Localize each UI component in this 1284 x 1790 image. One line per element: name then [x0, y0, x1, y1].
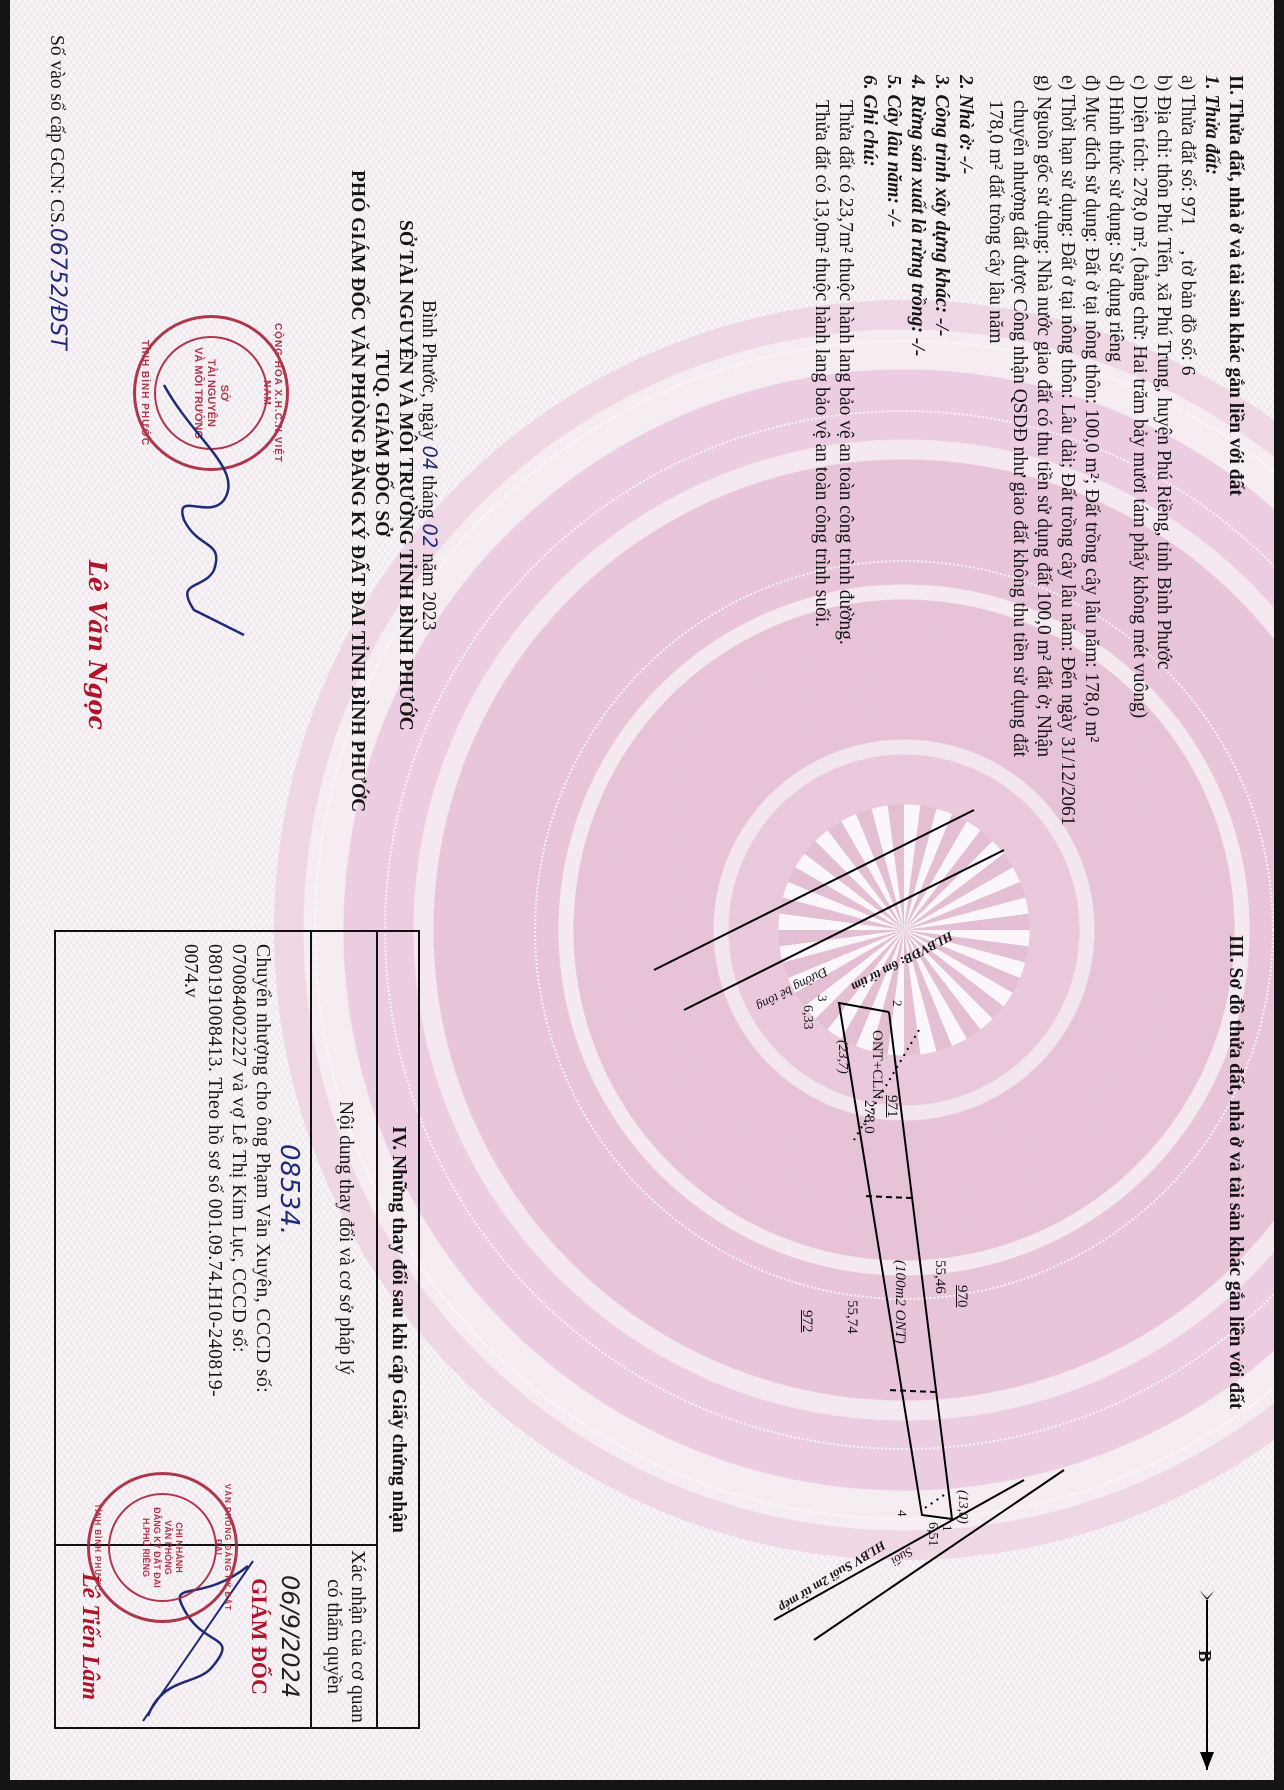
section-ii-title: II. Thửa đất, nhà ở và tài sản khác gắn … — [1223, 75, 1247, 496]
vertex-3: 3 — [810, 995, 834, 1002]
map-sheet-number: , tờ bản đồ số: 6 — [1177, 250, 1198, 375]
house-line: 2. Nhà ở: -/- — [953, 75, 977, 174]
col2-header-line: Xác nhận của cơ quan — [345, 1550, 369, 1723]
registry-number: Số vào sổ cấp GCN: CS.06752/ĐST — [44, 35, 69, 350]
parcel-number-line: a) Thửa đất số: 971 , tờ bản đồ số: 6 — [1175, 75, 1199, 376]
registry-value: 06752/ĐST — [45, 228, 70, 350]
entry-line: Chuyển nhượng cho ông Phạm Văn Xuyên, CC… — [250, 944, 274, 1532]
certificate-page: II. Thửa đất, nhà ở và tài sản khác gắn … — [0, 0, 1284, 1790]
section-iii-title: III. Sơ đồ thửa đất, nhà ở và tài sản kh… — [1223, 935, 1247, 1409]
notes-title: 6. Ghi chú: — [857, 75, 881, 167]
forest-line: 4. Rừng sản xuất là rừng trồng: -/- — [905, 75, 929, 356]
origin-line-3: 178,0 m² đất trồng cây lâu năm — [983, 100, 1007, 344]
entry-line: 080191008413. Theo hồ sơ số 001.09.74.H1… — [202, 944, 226, 1532]
certificate-sheet: II. Thửa đất, nhà ở và tài sản khác gắn … — [10, 0, 1274, 1780]
stamp-text: VĂN PHÒNG — [163, 1520, 174, 1575]
note-road: Thửa đất có 23,7m² thuộc hành lang bảo v… — [833, 100, 857, 645]
stamp-text: CHI NHÁNH — [174, 1522, 185, 1573]
document-frame: II. Thửa đất, nhà ở và tài sản khác gắn … — [0, 0, 1284, 1790]
issue-day: 04 — [418, 445, 441, 470]
issuing-org: SỞ TÀI NGUYÊN VÀ MÔI TRƯỜNG TỈNH BÌNH PH… — [393, 220, 417, 731]
origin-line-2: chuyển nhượng đất được Công nhận QSDĐ nh… — [1007, 100, 1031, 757]
note-stream: Thửa đất có 13,0m² thuộc hành lang bảo v… — [809, 100, 833, 627]
col1-header: Nội dung thay đổi và cơ sở pháp lý — [310, 932, 378, 1544]
corridor-road: (23,7) — [830, 1040, 854, 1074]
parcel-number: a) Thửa đất số: 971 — [1177, 75, 1198, 226]
edge-bottom: 55,74 — [840, 1300, 864, 1334]
place-date-label: Bình Phước, ngày — [418, 300, 439, 441]
perennial-line: 5. Cây lâu năm: -/- — [881, 75, 905, 227]
neighbor-972: 972 — [795, 1310, 819, 1333]
vertex-4: 4 — [890, 1510, 914, 1517]
usage-form-line: d) Hình thức sử dụng: Sử dụng riêng — [1103, 75, 1127, 362]
branch-office-stamp: VĂN PHÒNG ĐĂNG KÝ ĐẤT ĐAI CHI NHÁNH VĂN … — [87, 1472, 238, 1623]
col2-header: Xác nhận của cơ quan có thẩm quyền — [310, 1546, 378, 1727]
change-entry: 08534. Chuyển nhượng cho ông Phạm Văn Xu… — [172, 932, 310, 1544]
stamp-text: H.PHÚ RIỀNG — [141, 1518, 152, 1577]
confirm-date: 06/9/2024 — [276, 1546, 304, 1727]
tuq-label: TUQ. GIÁM ĐỐC SỞ — [369, 350, 393, 536]
vertex-2: 2 — [885, 1000, 909, 1007]
entry-line: 070084002227 và vợ Lê Thị Kim Lục, CCCD … — [226, 944, 250, 1532]
usage-purpose-line: đ) Mục đích sử dụng: Đất ở tại nông thôn… — [1079, 75, 1103, 742]
address-line: b) Địa chỉ: thôn Phú Tiến, xã Phú Trung,… — [1151, 75, 1175, 670]
place-date: Bình Phước, ngày 04 tháng 02 năm 2023 — [416, 300, 441, 631]
stamp-text: ĐĂNG KÝ ĐẤT ĐAI — [152, 1507, 163, 1588]
usage-term-line: e) Thời hạn sử dụng: Đất ở tại nông thôn… — [1055, 75, 1079, 826]
changes-table: IV. Những thay đổi sau khi cấp Giấy chứn… — [54, 930, 420, 1729]
issue-year: năm 2023 — [418, 553, 439, 630]
other-construction-line: 3. Công trình xây dựng khác: -/- — [929, 75, 953, 336]
entry-number: 08534. — [274, 1144, 304, 1532]
corridor-stream: (13,0) — [950, 1490, 974, 1524]
edge-road-side: 6,33 — [795, 1005, 819, 1030]
month-label: tháng — [418, 475, 439, 518]
land-use-label: ONT+CLN — [865, 1030, 889, 1099]
issue-month: 02 — [418, 523, 441, 548]
neighbor-970: 970 — [950, 1285, 974, 1308]
north-label: B — [1193, 1650, 1217, 1662]
registry-label: Số vào sổ cấp GCN: CS. — [46, 35, 67, 228]
signature-ngoc — [134, 380, 284, 640]
section-ii-subtitle: 1. Thửa đất: — [1199, 75, 1223, 175]
origin-line: g) Nguồn gốc sử dụng: Nhà nước giao đất … — [1031, 75, 1055, 757]
signer-position: PHÓ GIÁM ĐỐC VĂN PHÒNG ĐĂNG KÝ ĐẤT ĐAI T… — [345, 170, 369, 812]
vertex-1: 1 — [935, 1525, 959, 1532]
area-line: c) Diện tích: 278,0 m², (bằng chữ: Hai t… — [1127, 75, 1151, 718]
signer-name: Lê Văn Ngọc — [85, 560, 109, 730]
section-iv-title: IV. Những thay đổi sau khi cấp Giấy chứn… — [376, 932, 418, 1727]
ont-note: (100m2 ONT) — [888, 1260, 912, 1344]
col1-header-text: Nội dung thay đổi và cơ sở pháp lý — [333, 1101, 357, 1375]
stamp-ring-text: TỈNH BÌNH PHƯỚC — [93, 1475, 102, 1620]
changes-content-column: Nội dung thay đổi và cơ sở pháp lý 08534… — [56, 932, 378, 1546]
area-label: 278,0 — [857, 1100, 881, 1134]
col2-header-line: có thẩm quyền — [321, 1579, 345, 1694]
entry-line: 0074.v — [178, 944, 202, 1532]
edge-top: 55,46 — [928, 1260, 952, 1294]
